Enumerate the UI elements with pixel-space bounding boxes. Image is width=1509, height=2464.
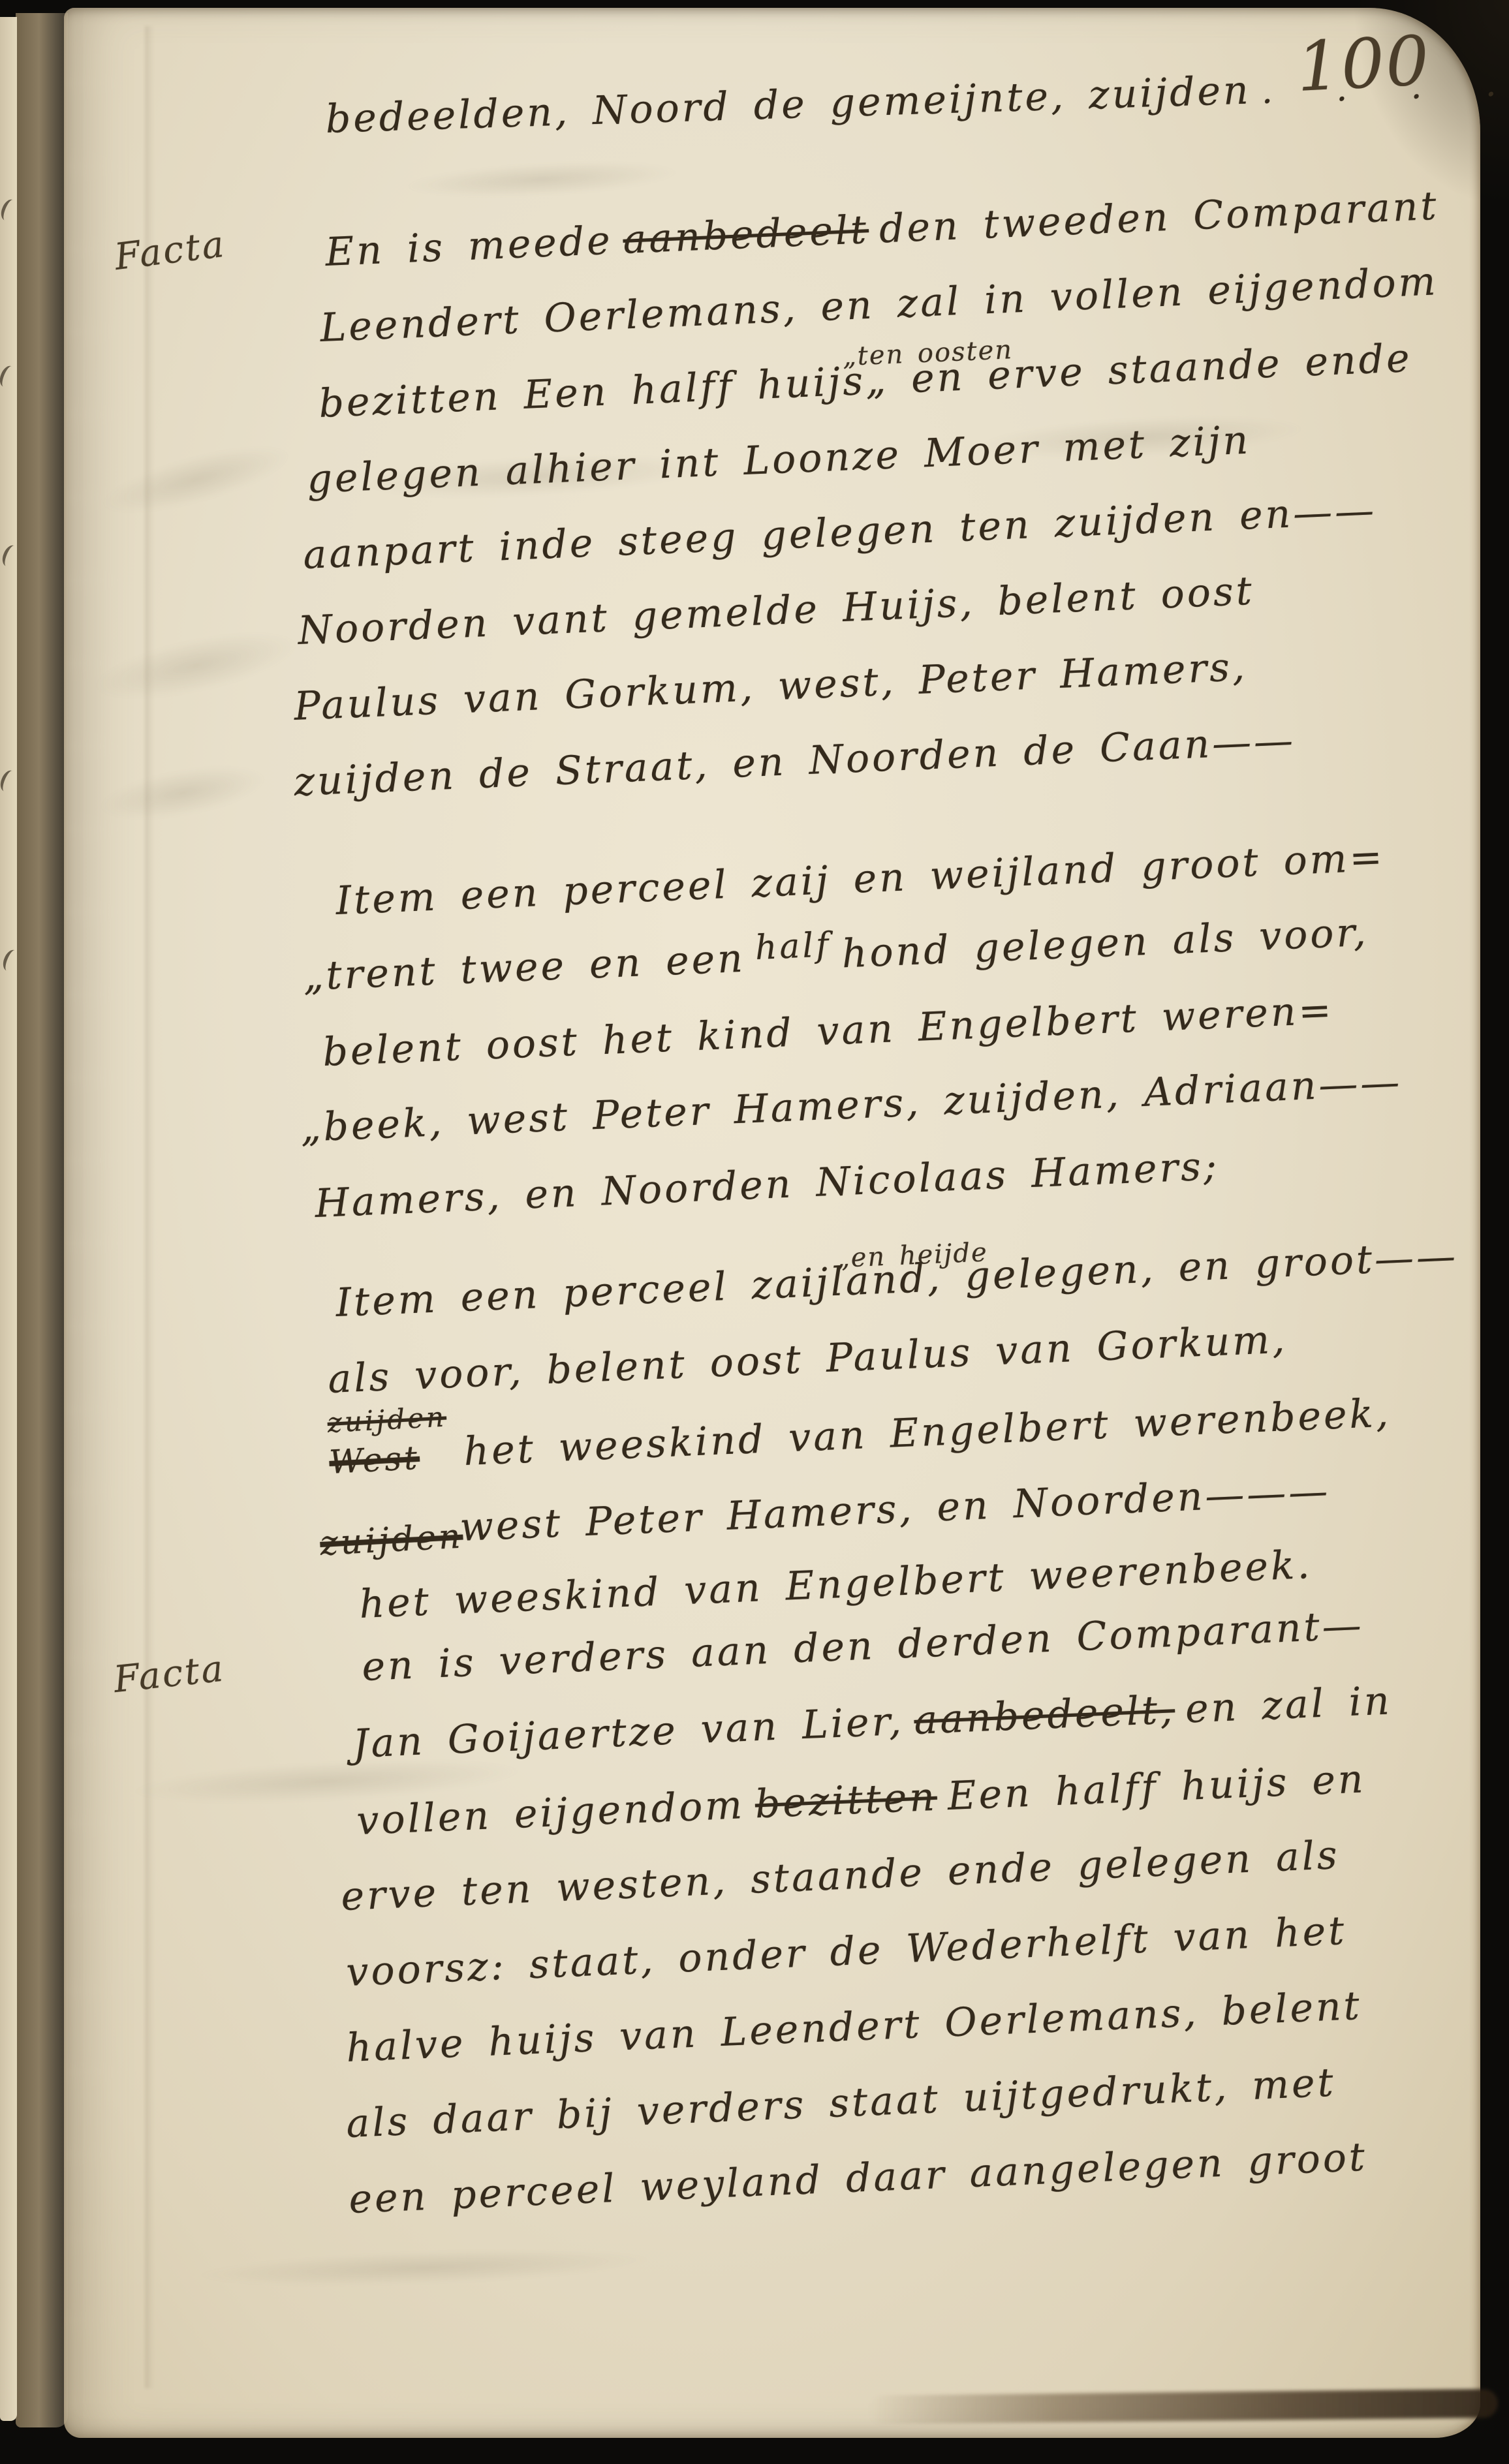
struck-word: zuijden <box>319 1517 464 1563</box>
scanned-manuscript-photo: 100 bedeelden, Noord de gemeijnte, zuijd… <box>0 0 1509 2464</box>
struck-word-stack-lower: West <box>328 1439 421 1481</box>
struck-word-lead: zuijden <box>319 1517 464 1563</box>
struck-word: West <box>328 1439 421 1481</box>
raised-insertion: half <box>754 925 832 968</box>
opening-line-dots: . . . . . <box>1261 60 1509 112</box>
binding-gutter-shadow <box>16 13 68 2427</box>
struck-word: bezitten <box>754 1774 938 1828</box>
line-segment: en zal in <box>1185 1678 1393 1732</box>
struck-word: zuijden <box>326 1401 447 1439</box>
struck-word-stack-upper: zuijden <box>326 1401 447 1439</box>
paper-crease <box>145 26 154 2388</box>
